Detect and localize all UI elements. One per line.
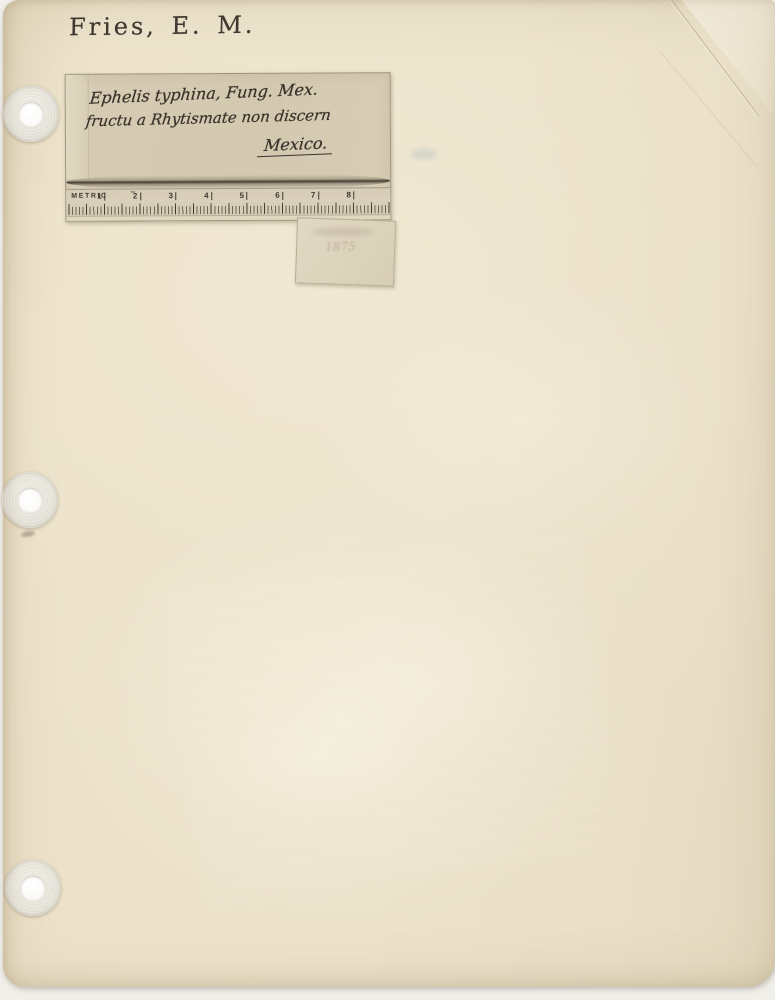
faint-pencil-date: 1875 [325, 240, 356, 255]
crease-line [656, 0, 759, 117]
crease-highlight [655, 0, 775, 150]
collector-name-handwriting: Fries, E. M. [69, 11, 256, 42]
ruler-number: 8 [346, 190, 351, 199]
ruler-millimeter-ticks [66, 202, 390, 215]
ruler-number: 2 [133, 191, 138, 200]
paper-showthrough-mottling [163, 532, 623, 907]
punch-hole-reinforcement-middle [2, 472, 58, 528]
paper-fragment: 1875 [295, 217, 396, 286]
ruler-cm-tick [104, 193, 105, 201]
punch-hole [19, 102, 44, 127]
punch-hole [21, 876, 46, 901]
ruler-number: 5 [240, 191, 245, 200]
ruler-number: 1 [97, 192, 102, 201]
ruler-cm-tick [211, 192, 212, 200]
punch-hole-reinforcement-bottom [5, 860, 61, 916]
page-sheet: Fries, E. M. Ephelis typhina, Fung. Mex.… [3, 0, 775, 987]
label-line-2: fructu a Rhytismate non discern [85, 106, 332, 130]
crease-line-secondary [659, 51, 756, 167]
ruler-cm-tick [353, 191, 354, 199]
ruler-cm-tick [140, 192, 141, 200]
specimen-label-photo: Ephelis typhina, Fung. Mex. fructu a Rhy… [65, 72, 392, 222]
ruler-number: 4 [204, 191, 209, 200]
ruler-cm-tick [175, 192, 176, 200]
pencil-smudge-mark [21, 530, 36, 538]
label-line-1: Ephelis typhina, Fung. Mex. [89, 79, 319, 107]
faint-blue-stain [411, 148, 437, 160]
label-line-3-underlined: Mexico. [257, 133, 334, 157]
ruler-number: 7 [311, 191, 316, 200]
punch-hole-reinforcement-top [3, 86, 59, 142]
ruler-number: 6 [275, 191, 280, 200]
metric-ruler: METRIC ™ 12345678 [66, 187, 390, 218]
ruler-cm-tick [282, 192, 283, 200]
ruler-cm-tick [247, 192, 248, 200]
ruler-number: 3 [168, 191, 173, 200]
ruler-cm-tick [318, 192, 319, 200]
faint-pencil-smudge [312, 228, 374, 236]
punch-hole [18, 488, 43, 513]
corner-fold-crease [655, 0, 775, 150]
